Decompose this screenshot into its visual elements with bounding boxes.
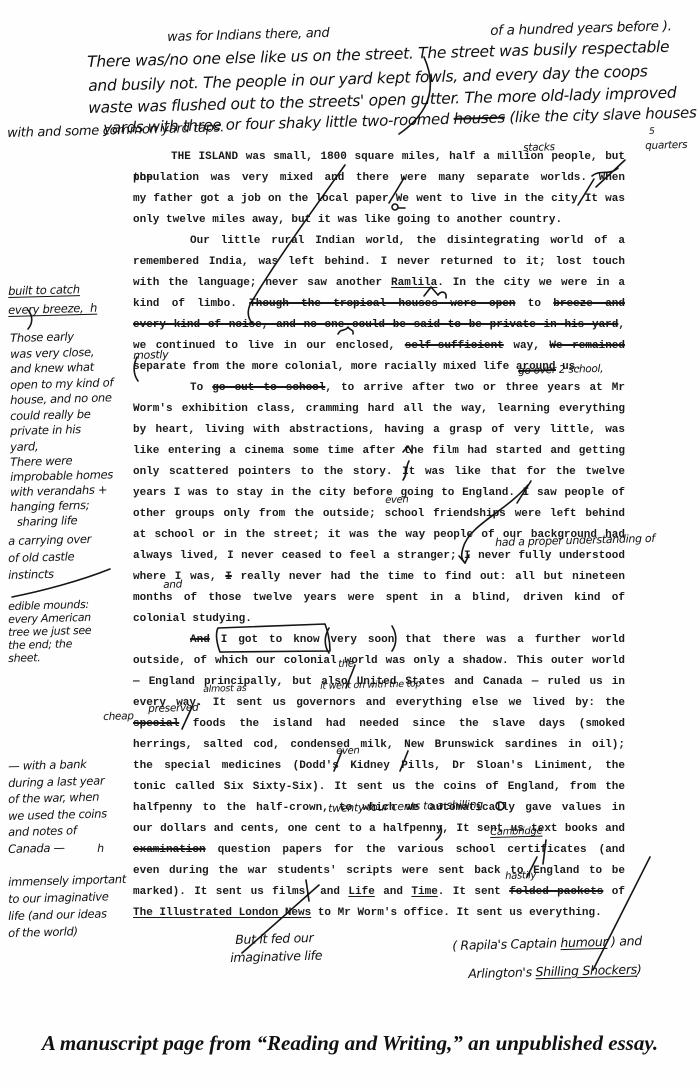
handwriting-text: was very close, (10, 344, 94, 360)
handwriting-text: had a proper understanding of (495, 532, 655, 549)
struck-text: I (225, 571, 232, 583)
typed-line: every kind of noise, and no one could be… (133, 315, 625, 336)
top-handwritten-line: was for Indians there, and (167, 26, 330, 45)
underlined-text: The Illustrated London News (133, 907, 311, 919)
margin-note: could really be (10, 406, 91, 422)
handwritten-annotation: ( Rapila's Captain humour ) and (452, 933, 642, 953)
margin-note: life (and our ideas (8, 906, 107, 923)
typed-line: every way. It sent us governors and ever… (133, 693, 625, 714)
handwriting-text: yard, (10, 439, 38, 454)
handwriting-text: — with a bank (8, 757, 87, 773)
handwriting-text: ) and (607, 933, 642, 949)
typed-text: . It sent (438, 886, 509, 898)
handwriting-text: the (338, 659, 354, 670)
handwriting-text: sharing life (10, 513, 77, 529)
handwriting-text: house, and no one (10, 390, 112, 407)
caption: A manuscript page from “Reading and Writ… (0, 1031, 700, 1056)
margin-note: a carrying over (8, 532, 91, 548)
handwritten-annotation: even (336, 745, 360, 757)
handwriting-text: of the war, when (8, 790, 99, 806)
typed-text: marked). It sent us films, and (133, 886, 348, 898)
margin-note: Canada — (8, 840, 65, 855)
typed-text: my father got a job on the local paper W… (133, 193, 625, 205)
handwriting-text: private in his (10, 422, 81, 438)
handwritten-annotation: But it fed our (235, 930, 314, 947)
handwriting-text: mostly (133, 348, 169, 362)
struck-text: go out to school (212, 382, 325, 394)
margin-note: was very close, (10, 344, 94, 360)
handwriting-text: during a last year (8, 773, 104, 790)
typed-line: special foods the island had needed sinc… (133, 714, 625, 735)
handwriting-text: with and some common yard taps. (7, 120, 224, 141)
typed-text: only twelve miles away, but it was like … (133, 214, 562, 226)
typed-line: And I got to know very soon that there w… (133, 630, 625, 651)
handwriting-text: tree we just see (8, 624, 91, 639)
handwriting-text: (like the city slave houses (505, 103, 697, 126)
typed-text: with the language; never saw another (133, 277, 391, 289)
handwriting-text: h (97, 842, 104, 855)
typed-text: herrings, salted cod, condensed milk, Ne… (133, 739, 625, 751)
margin-note: the end; the (8, 637, 72, 652)
typed-line: other groups only from the outside; scho… (133, 504, 625, 525)
typed-text: years I was to stay in the city before g… (133, 487, 625, 499)
typed-line: the special medicines (Dodd's Kidney Pil… (133, 756, 625, 777)
handwriting-text: hastily (505, 870, 536, 882)
margin-note: sharing life (10, 513, 77, 529)
handwriting-text: was for Indians there, and (167, 26, 330, 45)
typed-line: population was very mixed and there were… (133, 168, 625, 189)
underlined-text: Life (348, 886, 374, 898)
typed-line: To go out to school, to arrive after two… (133, 378, 625, 399)
struck-text: breeze and (553, 298, 625, 310)
handwriting-text: almost as (203, 683, 247, 695)
handwriting-text: humour (560, 934, 607, 950)
typed-text: foods the island had needed since the sl… (179, 718, 625, 730)
handwriting-text: a carrying over (8, 532, 91, 548)
underlined-text: Ramlila (391, 277, 437, 289)
margin-note: of old castle (8, 549, 75, 565)
handwriting-text: ( Rapila's Captain (452, 935, 561, 953)
typed-text: to Mr Worm's office. It sent us everythi… (311, 907, 601, 919)
typed-line: marked). It sent us films, and Life and … (133, 882, 625, 903)
typed-text: . In the city we were in a (437, 277, 625, 289)
handwriting-text: preserved (148, 702, 199, 715)
handwriting-text: and (163, 579, 182, 591)
handwriting-text: 2 school, (556, 363, 604, 376)
typed-text: like entering a cinema some time after t… (133, 445, 625, 457)
handwriting-text: every breeze, h (8, 301, 97, 317)
handwritten-annotation: imaginative life (230, 948, 322, 965)
typed-line: by heart, living with abstractions, havi… (133, 420, 625, 441)
typed-text: to (515, 298, 553, 310)
handwriting-text: imaginative life (230, 948, 322, 965)
margin-note: improbable homes (10, 467, 113, 484)
typed-line: like entering a cinema some time after t… (133, 441, 625, 462)
struck-text: self-sufficient (405, 340, 504, 352)
typed-text: and (375, 886, 412, 898)
handwriting-text: of old castle (8, 549, 75, 565)
handwriting-text: of the world) (8, 924, 78, 940)
top-handwritten-line: 5 (649, 127, 655, 137)
typed-line: remembered India, was left behind. I nev… (133, 252, 625, 273)
handwritten-annotation: the (338, 659, 354, 670)
margin-note: and knew what (10, 360, 94, 376)
margin-note: built to catch (8, 282, 80, 298)
typed-line: with the language; never saw another Ram… (133, 273, 625, 294)
handwriting-text: go over (518, 364, 556, 377)
handwriting-text: ) (637, 961, 642, 976)
margin-note: There were (10, 453, 72, 469)
typed-text: , to arrive after two or three years at … (325, 382, 625, 394)
handwriting-text: quarters (645, 139, 687, 152)
handwriting-text: even (385, 494, 409, 506)
typed-text: remembered India, was left behind. I nev… (133, 256, 625, 268)
margin-note: immensely important (8, 872, 126, 889)
handwriting-text: of a hundred years before ). (490, 18, 672, 39)
typed-text: kind of limbo. (133, 298, 249, 310)
struck-text: examination (133, 844, 206, 856)
struck-text: folded packets (509, 886, 603, 898)
typed-text: really never had the time to find out: a… (232, 571, 625, 583)
typed-line: tonic called Six Sixty-Six). It sent us … (133, 777, 625, 798)
manuscript-page: THE ISLAND was small, 1800 square miles,… (0, 0, 700, 1088)
handwriting-text: improbable homes (10, 467, 113, 484)
handwriting-text: Cambridge (490, 826, 543, 838)
margin-note: of the world) (8, 924, 78, 940)
margin-note: we used the coins (8, 806, 107, 823)
typed-text: even during the war students' scripts we… (133, 865, 625, 877)
handwriting-text: could really be (10, 406, 91, 422)
typed-text: our dollars and cents, one cent to a hal… (133, 823, 625, 835)
handwriting-text: immensely important (8, 872, 126, 889)
typed-text: Worm's exhibition class, cramming hard a… (133, 403, 625, 415)
typed-text: tonic called Six Sixty-Six). It sent us … (133, 781, 625, 793)
struck-text: We remained (549, 340, 625, 352)
struck-text: every kind of noise, and no one could be… (133, 319, 618, 331)
typed-line: examination question papers for the vari… (133, 840, 625, 861)
struck-text: And (190, 634, 210, 646)
handwritten-annotation: hastily (505, 870, 536, 882)
typed-text: always lived, I never ceased to feel a s… (133, 550, 625, 562)
typed-text: we continued to live in our enclosed, (133, 340, 405, 352)
handwriting-text: Shilling Shockers (535, 962, 637, 980)
typed-text: by heart, living with abstractions, havi… (133, 424, 625, 436)
handwritten-annotation: had a proper understanding of (495, 532, 655, 549)
typed-line: always lived, I never ceased to feel a s… (133, 546, 625, 567)
margin-note: tree we just see (8, 624, 91, 639)
handwritten-annotation: Arlington's Shilling Shockers) (468, 961, 642, 981)
handwritten-annotation: cheap (103, 710, 134, 723)
typed-line: Worm's exhibition class, cramming hard a… (133, 399, 625, 420)
handwritten-annotation: and (163, 579, 182, 591)
margin-note: house, and no one (10, 390, 112, 407)
underlined-text: Time (411, 886, 437, 898)
margin-note: with verandahs + (10, 482, 107, 499)
typed-text: every way. It sent us governors and ever… (133, 697, 625, 709)
handwriting-text: cheap (103, 710, 134, 723)
margin-note: yard, (10, 439, 38, 454)
top-handwritten-line: quarters (645, 139, 687, 152)
margin-note: open to my kind of (10, 375, 113, 392)
typed-text: the special medicines (Dodd's Kidney Pil… (133, 760, 625, 772)
handwriting-text: to our imaginative (8, 889, 109, 906)
margin-note: sheet. (8, 651, 41, 665)
typed-text: population was very mixed and there were… (133, 172, 625, 184)
typed-line: we continued to live in our enclosed, se… (133, 336, 625, 357)
handwritten-annotation: almost as (203, 683, 247, 695)
typed-line: The Illustrated London News to Mr Worm's… (133, 903, 625, 924)
margin-note: instincts (8, 567, 54, 582)
handwriting-text: Arlington's (468, 964, 536, 981)
typed-line: years I was to stay in the city before g… (133, 483, 625, 504)
handwriting-text: life (and our ideas (8, 906, 107, 923)
typed-text: way, (504, 340, 550, 352)
typed-line: kind of limbo. Though the tropical house… (133, 294, 625, 315)
handwritten-annotation: go over 2 school, (518, 363, 603, 377)
handwriting-text: and knew what (10, 360, 94, 376)
typed-text: of (603, 886, 625, 898)
handwritten-annotation: Cambridge (490, 826, 543, 838)
handwritten-annotation: preserved (148, 702, 199, 715)
typed-line: months of those twelve years were spent … (133, 588, 625, 609)
typed-line: herrings, salted cod, condensed milk, Ne… (133, 735, 625, 756)
typed-text: I got to know very soon that there was a… (210, 634, 625, 646)
handwriting-text: stacks (523, 141, 555, 154)
typed-text: other groups only from the outside; scho… (133, 508, 625, 520)
margin-note: to our imaginative (8, 889, 109, 906)
typed-text: , (618, 319, 625, 331)
handwriting-text: Those early (10, 329, 74, 345)
margin-note: every breeze, h (8, 301, 97, 317)
top-handwritten-line: stacks (523, 141, 555, 154)
handwritten-annotation: h (97, 842, 104, 855)
handwriting-text: houses (453, 108, 505, 127)
typed-line: colonial studying. (133, 609, 625, 630)
handwritten-annotation: mostly (133, 348, 169, 362)
typed-text: separate from the more colonial, more ra… (133, 361, 582, 373)
top-handwritten-line: of a hundred years before ). (490, 18, 672, 39)
handwriting-text: sheet. (8, 651, 41, 665)
handwriting-text: There were (10, 453, 72, 469)
typed-line: our dollars and cents, one cent to a hal… (133, 819, 625, 840)
typed-text: To (190, 382, 212, 394)
handwriting-text: we used the coins (8, 806, 107, 823)
typed-line: my father got a job on the local paper W… (133, 189, 625, 210)
handwriting-text: and notes of (8, 823, 77, 839)
struck-text: special (133, 718, 179, 730)
typed-line: only twelve miles away, but it was like … (133, 210, 625, 231)
handwriting-text: with verandahs + (10, 482, 107, 499)
typed-text: months of those twelve years were spent … (133, 592, 625, 604)
margin-note: — with a bank (8, 757, 87, 773)
typed-text: Our little rural Indian world, the disin… (190, 235, 625, 247)
typed-line: outside, of which our colonial world was… (133, 651, 625, 672)
handwriting-text: But it fed our (235, 930, 314, 947)
struck-text: Though the tropical houses were open (249, 298, 515, 310)
typed-line: even during the war students' scripts we… (133, 861, 625, 882)
typed-text: question papers for the various school c… (206, 844, 625, 856)
handwriting-text: the end; the (8, 637, 72, 652)
margin-note: private in his (10, 422, 81, 438)
handwriting-text: 5 (649, 127, 655, 137)
handwritten-annotation: even (385, 494, 409, 506)
handwriting-text: hanging ferns; (10, 498, 90, 514)
typed-text: outside, of which our colonial world was… (133, 655, 625, 667)
margin-note: during a last year (8, 773, 104, 790)
margin-note: hanging ferns; (10, 498, 90, 514)
typed-text: only scattered pointers to the story. It… (133, 466, 625, 478)
typed-line: only scattered pointers to the story. It… (133, 462, 625, 483)
handwriting-text: Canada — (8, 840, 65, 855)
handwriting-text: open to my kind of (10, 375, 113, 392)
typed-line: where I was, I really never had the time… (133, 567, 625, 588)
top-handwritten-line: with and some common yard taps. (7, 120, 224, 141)
handwriting-text: instincts (8, 567, 54, 582)
handwriting-text: even (336, 745, 360, 757)
handwriting-text: built to catch (8, 282, 80, 298)
typed-text: colonial studying. (133, 613, 252, 625)
margin-note: and notes of (8, 823, 77, 839)
typed-line: Our little rural Indian world, the disin… (133, 231, 625, 252)
margin-note: Those early (10, 329, 74, 345)
margin-note: of the war, when (8, 790, 99, 806)
